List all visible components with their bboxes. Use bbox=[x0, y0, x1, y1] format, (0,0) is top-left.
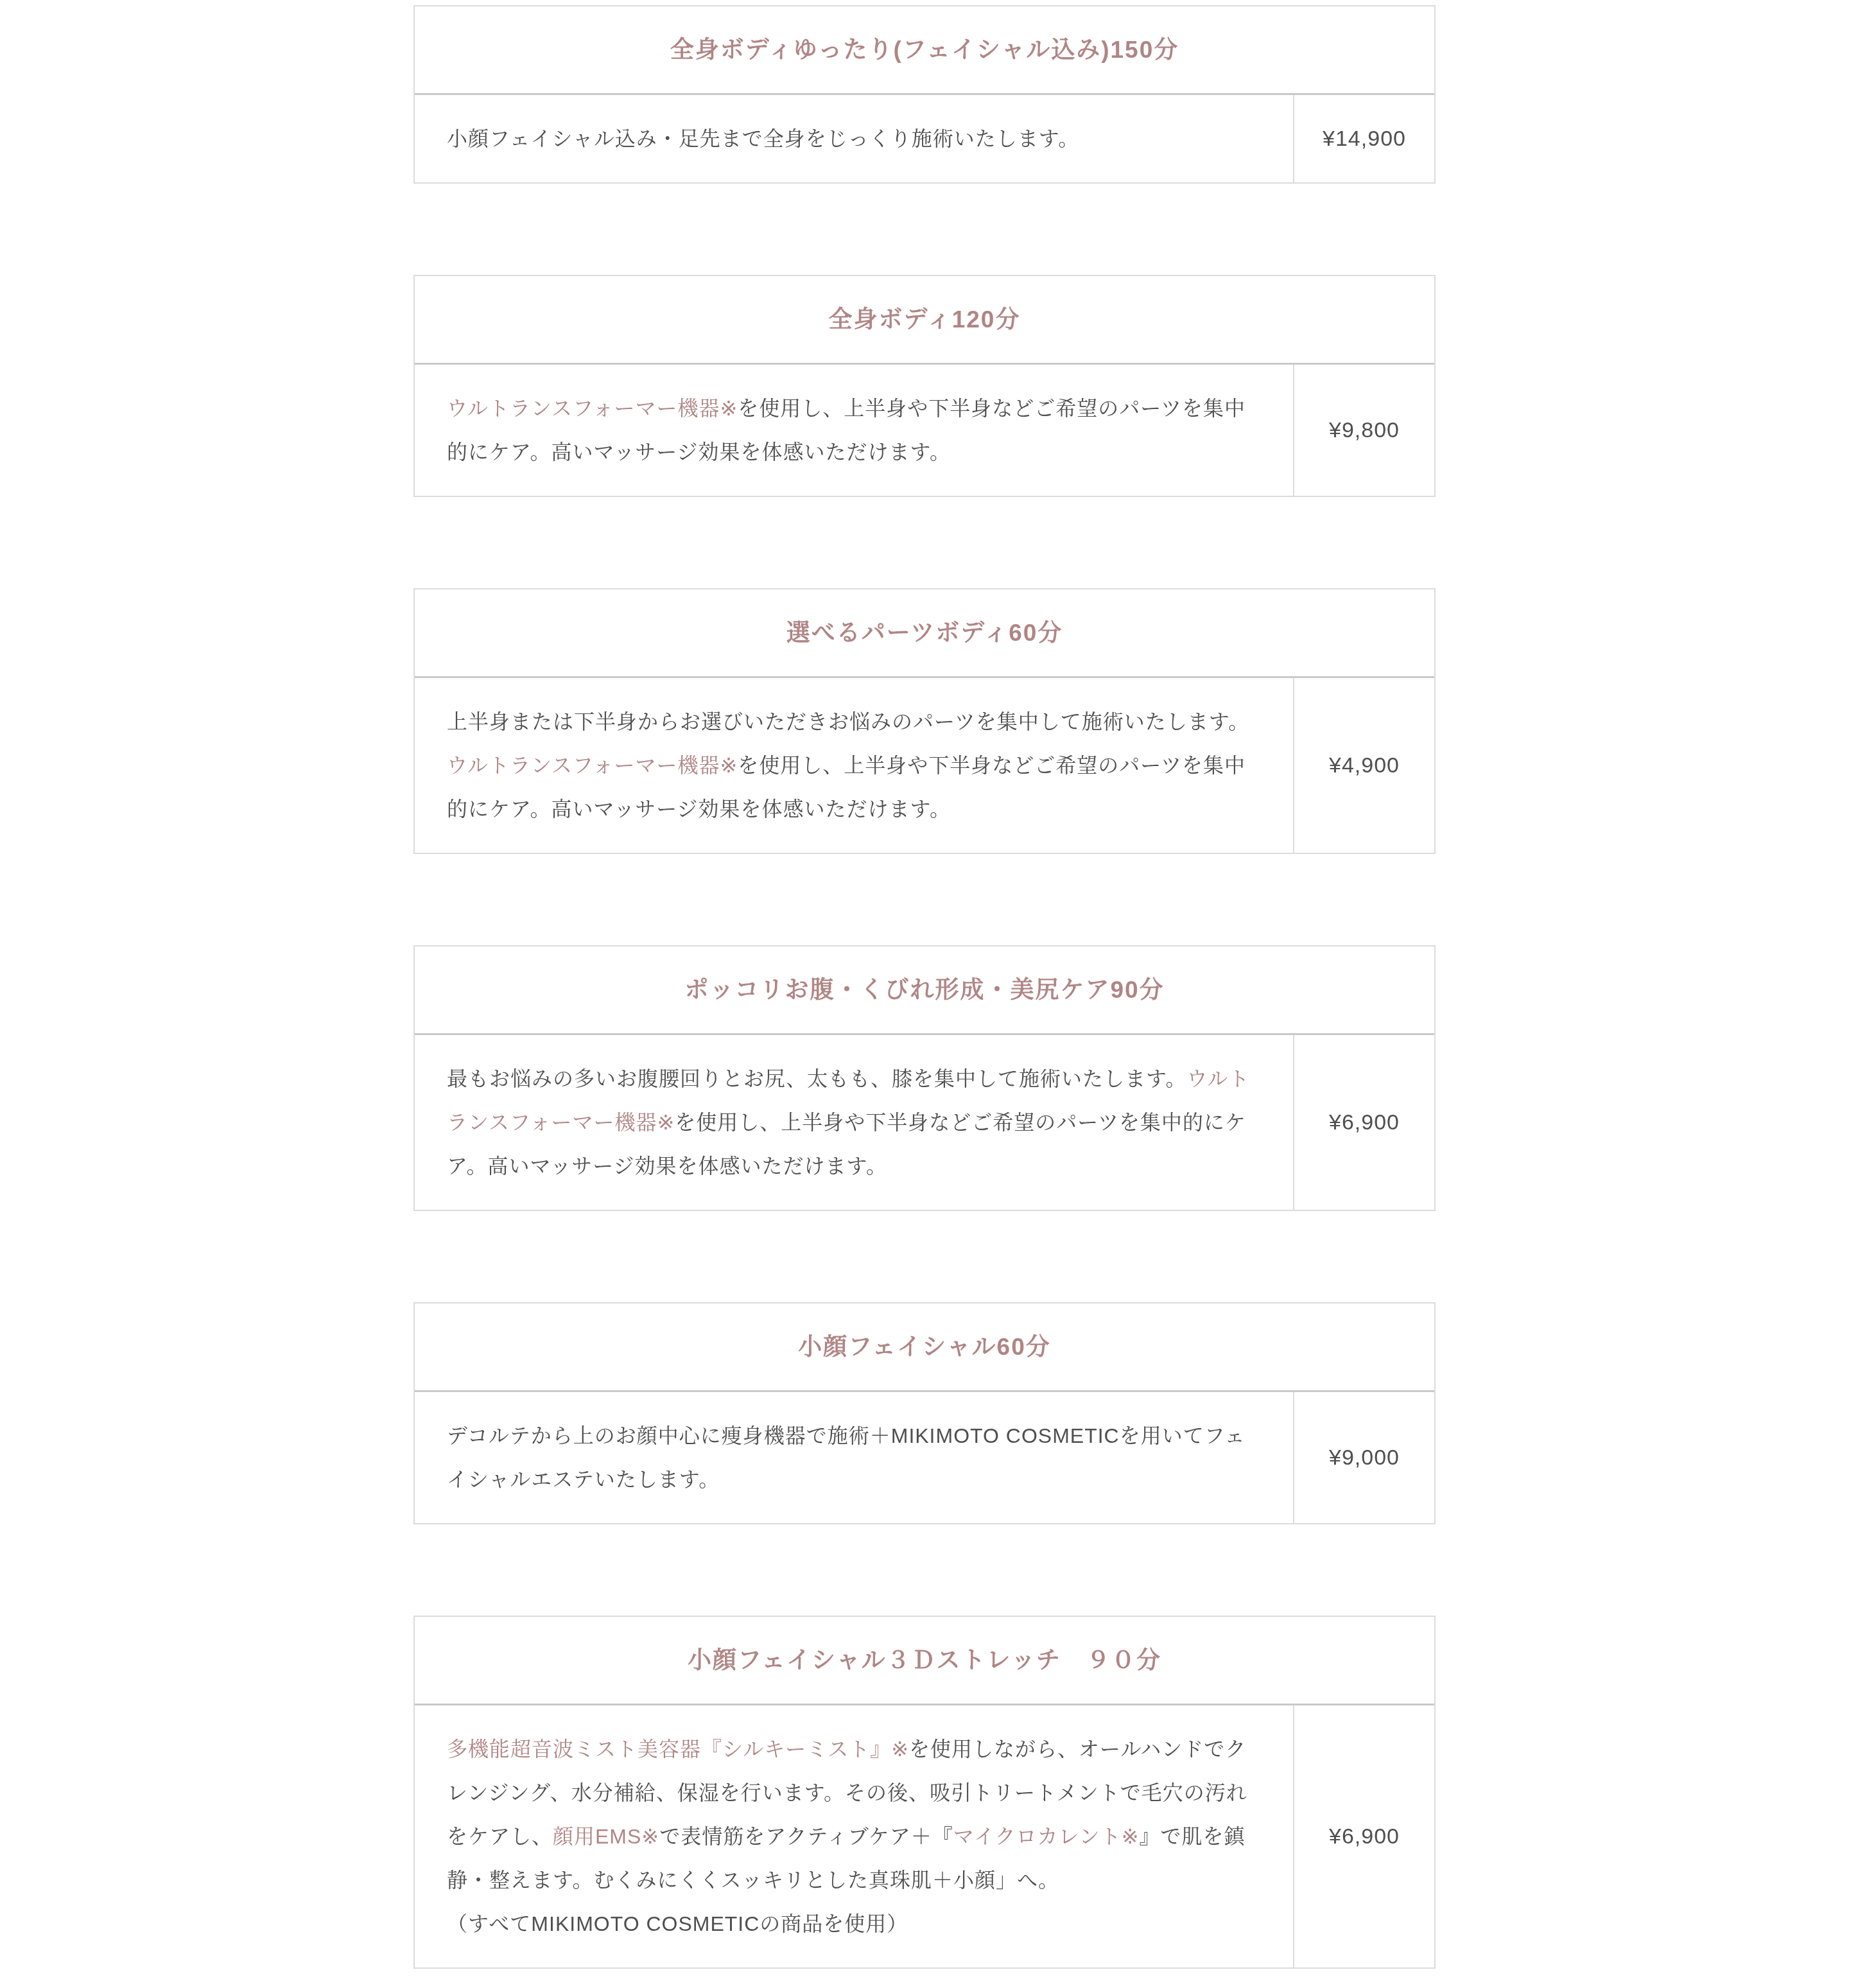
card-title: 全身ボディ120分 bbox=[829, 303, 1021, 336]
price-cell: ¥4,900 bbox=[1293, 678, 1434, 853]
equipment-link[interactable]: 顔用EMS※ bbox=[553, 1825, 659, 1848]
equipment-link[interactable]: ウルトランスフォーマー機器※ bbox=[447, 754, 738, 777]
card-body: 上半身または下半身からお選びいただきお悩みのパーツを集中して施術いたします。ウル… bbox=[415, 678, 1434, 853]
card-header: ポッコリお腹・くびれ形成・美尻ケア90分 bbox=[415, 946, 1434, 1035]
price-card: 小顔フェイシャル３Ｄストレッチ ９０分 多機能超音波ミスト美容器『シルキーミスト… bbox=[413, 1616, 1436, 1969]
price-card: 全身ボディゆったり(フェイシャル込み)150分 小顔フェイシャル込み・足先まで全… bbox=[413, 5, 1436, 184]
card-description: 多機能超音波ミスト美容器『シルキーミスト』※を使用しながら、オールハンドでクレン… bbox=[415, 1705, 1293, 1967]
card-header: 全身ボディ120分 bbox=[415, 276, 1434, 365]
card-header: 小顔フェイシャル60分 bbox=[415, 1304, 1434, 1392]
card-body: ウルトランスフォーマー機器※を使用し、上半身や下半身などご希望のパーツを集中的に… bbox=[415, 365, 1434, 496]
equipment-link[interactable]: ウルトランスフォーマー機器※ bbox=[447, 397, 738, 420]
card-header: 選べるパーツボディ60分 bbox=[415, 589, 1434, 678]
card-body: 小顔フェイシャル込み・足先まで全身をじっくり施術いたします。 ¥14,900 bbox=[415, 95, 1434, 182]
page: 全身ボディゆったり(フェイシャル込み)150分 小顔フェイシャル込み・足先まで全… bbox=[0, 0, 1849, 1988]
card-description: デコルテから上のお顔中心に痩身機器で施術＋MIKIMOTO COSMETICを用… bbox=[415, 1392, 1293, 1523]
description-text: 上半身または下半身からお選びいただきお悩みのパーツを集中して施術いたします。 bbox=[447, 710, 1249, 733]
price-cell: ¥9,800 bbox=[1293, 365, 1434, 496]
card-description: 小顔フェイシャル込み・足先まで全身をじっくり施術いたします。 bbox=[415, 95, 1293, 182]
card-body: 多機能超音波ミスト美容器『シルキーミスト』※を使用しながら、オールハンドでクレン… bbox=[415, 1705, 1434, 1967]
equipment-link[interactable]: マイクロカレント※ bbox=[953, 1825, 1140, 1848]
description-text: デコルテから上のお顔中心に痩身機器で施術＋MIKIMOTO COSMETICを用… bbox=[447, 1424, 1246, 1491]
price-cell: ¥9,000 bbox=[1293, 1392, 1434, 1523]
card-header: 小顔フェイシャル３Ｄストレッチ ９０分 bbox=[415, 1617, 1434, 1705]
card-description: ウルトランスフォーマー機器※を使用し、上半身や下半身などご希望のパーツを集中的に… bbox=[415, 365, 1293, 496]
card-header: 全身ボディゆったり(フェイシャル込み)150分 bbox=[415, 6, 1434, 95]
card-title: 選べるパーツボディ60分 bbox=[786, 616, 1063, 650]
price-list: 全身ボディゆったり(フェイシャル込み)150分 小顔フェイシャル込み・足先まで全… bbox=[413, 0, 1436, 1969]
card-price: ¥9,000 bbox=[1329, 1445, 1400, 1470]
description-text: で表情筋をアクティブケア＋『 bbox=[659, 1825, 953, 1848]
description-text: （すべてMIKIMOTO COSMETICの商品を使用） bbox=[447, 1912, 908, 1935]
card-title: ポッコリお腹・くびれ形成・美尻ケア90分 bbox=[684, 973, 1164, 1007]
equipment-link[interactable]: 多機能超音波ミスト美容器『シルキーミスト』※ bbox=[447, 1738, 909, 1761]
card-price: ¥9,800 bbox=[1329, 418, 1400, 443]
card-title: 小顔フェイシャル60分 bbox=[798, 1330, 1051, 1364]
card-price: ¥6,900 bbox=[1329, 1110, 1400, 1135]
price-cell: ¥6,900 bbox=[1293, 1705, 1434, 1967]
price-card: 全身ボディ120分 ウルトランスフォーマー機器※を使用し、上半身や下半身などご希… bbox=[413, 275, 1436, 497]
description-text: 最もお悩みの多いお腹腰回りとお尻、太もも、膝を集中して施術いたします。 bbox=[447, 1067, 1186, 1090]
card-body: デコルテから上のお顔中心に痩身機器で施術＋MIKIMOTO COSMETICを用… bbox=[415, 1392, 1434, 1523]
price-cell: ¥6,900 bbox=[1293, 1035, 1434, 1210]
card-title: 小顔フェイシャル３Ｄストレッチ ９０分 bbox=[688, 1644, 1161, 1677]
description-text: 小顔フェイシャル込み・足先まで全身をじっくり施術いたします。 bbox=[447, 127, 1079, 150]
price-card: ポッコリお腹・くびれ形成・美尻ケア90分 最もお悩みの多いお腹腰回りとお尻、太も… bbox=[413, 945, 1436, 1211]
card-body: 最もお悩みの多いお腹腰回りとお尻、太もも、膝を集中して施術いたします。ウルトラン… bbox=[415, 1035, 1434, 1210]
price-cell: ¥14,900 bbox=[1293, 95, 1434, 182]
price-card: 選べるパーツボディ60分 上半身または下半身からお選びいただきお悩みのパーツを集… bbox=[413, 588, 1436, 854]
card-description: 上半身または下半身からお選びいただきお悩みのパーツを集中して施術いたします。ウル… bbox=[415, 678, 1293, 853]
price-card: 小顔フェイシャル60分 デコルテから上のお顔中心に痩身機器で施術＋MIKIMOT… bbox=[413, 1302, 1436, 1524]
card-title: 全身ボディゆったり(フェイシャル込み)150分 bbox=[670, 33, 1179, 67]
card-price: ¥14,900 bbox=[1323, 126, 1406, 152]
card-description: 最もお悩みの多いお腹腰回りとお尻、太もも、膝を集中して施術いたします。ウルトラン… bbox=[415, 1035, 1293, 1210]
card-price: ¥6,900 bbox=[1329, 1824, 1400, 1849]
card-price: ¥4,900 bbox=[1329, 753, 1400, 778]
